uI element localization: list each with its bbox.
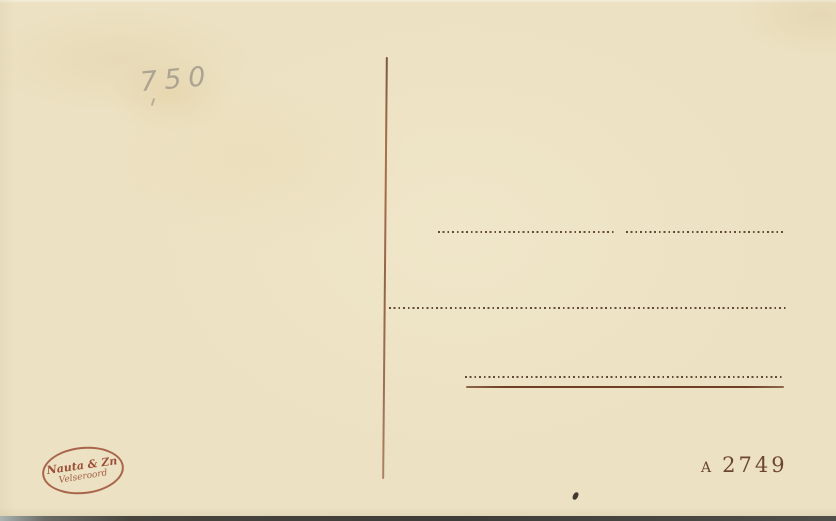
- publisher-stamp: Nauta & Zn Velseroord: [40, 443, 126, 498]
- serial-number: A 2749: [701, 453, 788, 477]
- photo-bottom-edge: [0, 516, 836, 521]
- pencil-number: 750: [139, 61, 214, 98]
- address-line-2: [389, 307, 787, 309]
- address-line-1-left: [438, 231, 614, 233]
- serial-prefix: A: [701, 460, 712, 476]
- address-line-1-right: [626, 231, 786, 233]
- postcard-back: 750 Nauta & Zn Velseroord A 2749: [0, 0, 836, 521]
- pencil-stray-mark: [151, 98, 155, 106]
- serial-digits: 2749: [722, 453, 787, 477]
- divider-line: [382, 57, 388, 479]
- address-line-3: [465, 376, 783, 378]
- address-rule-line: [466, 386, 784, 388]
- ink-speck: [572, 491, 580, 500]
